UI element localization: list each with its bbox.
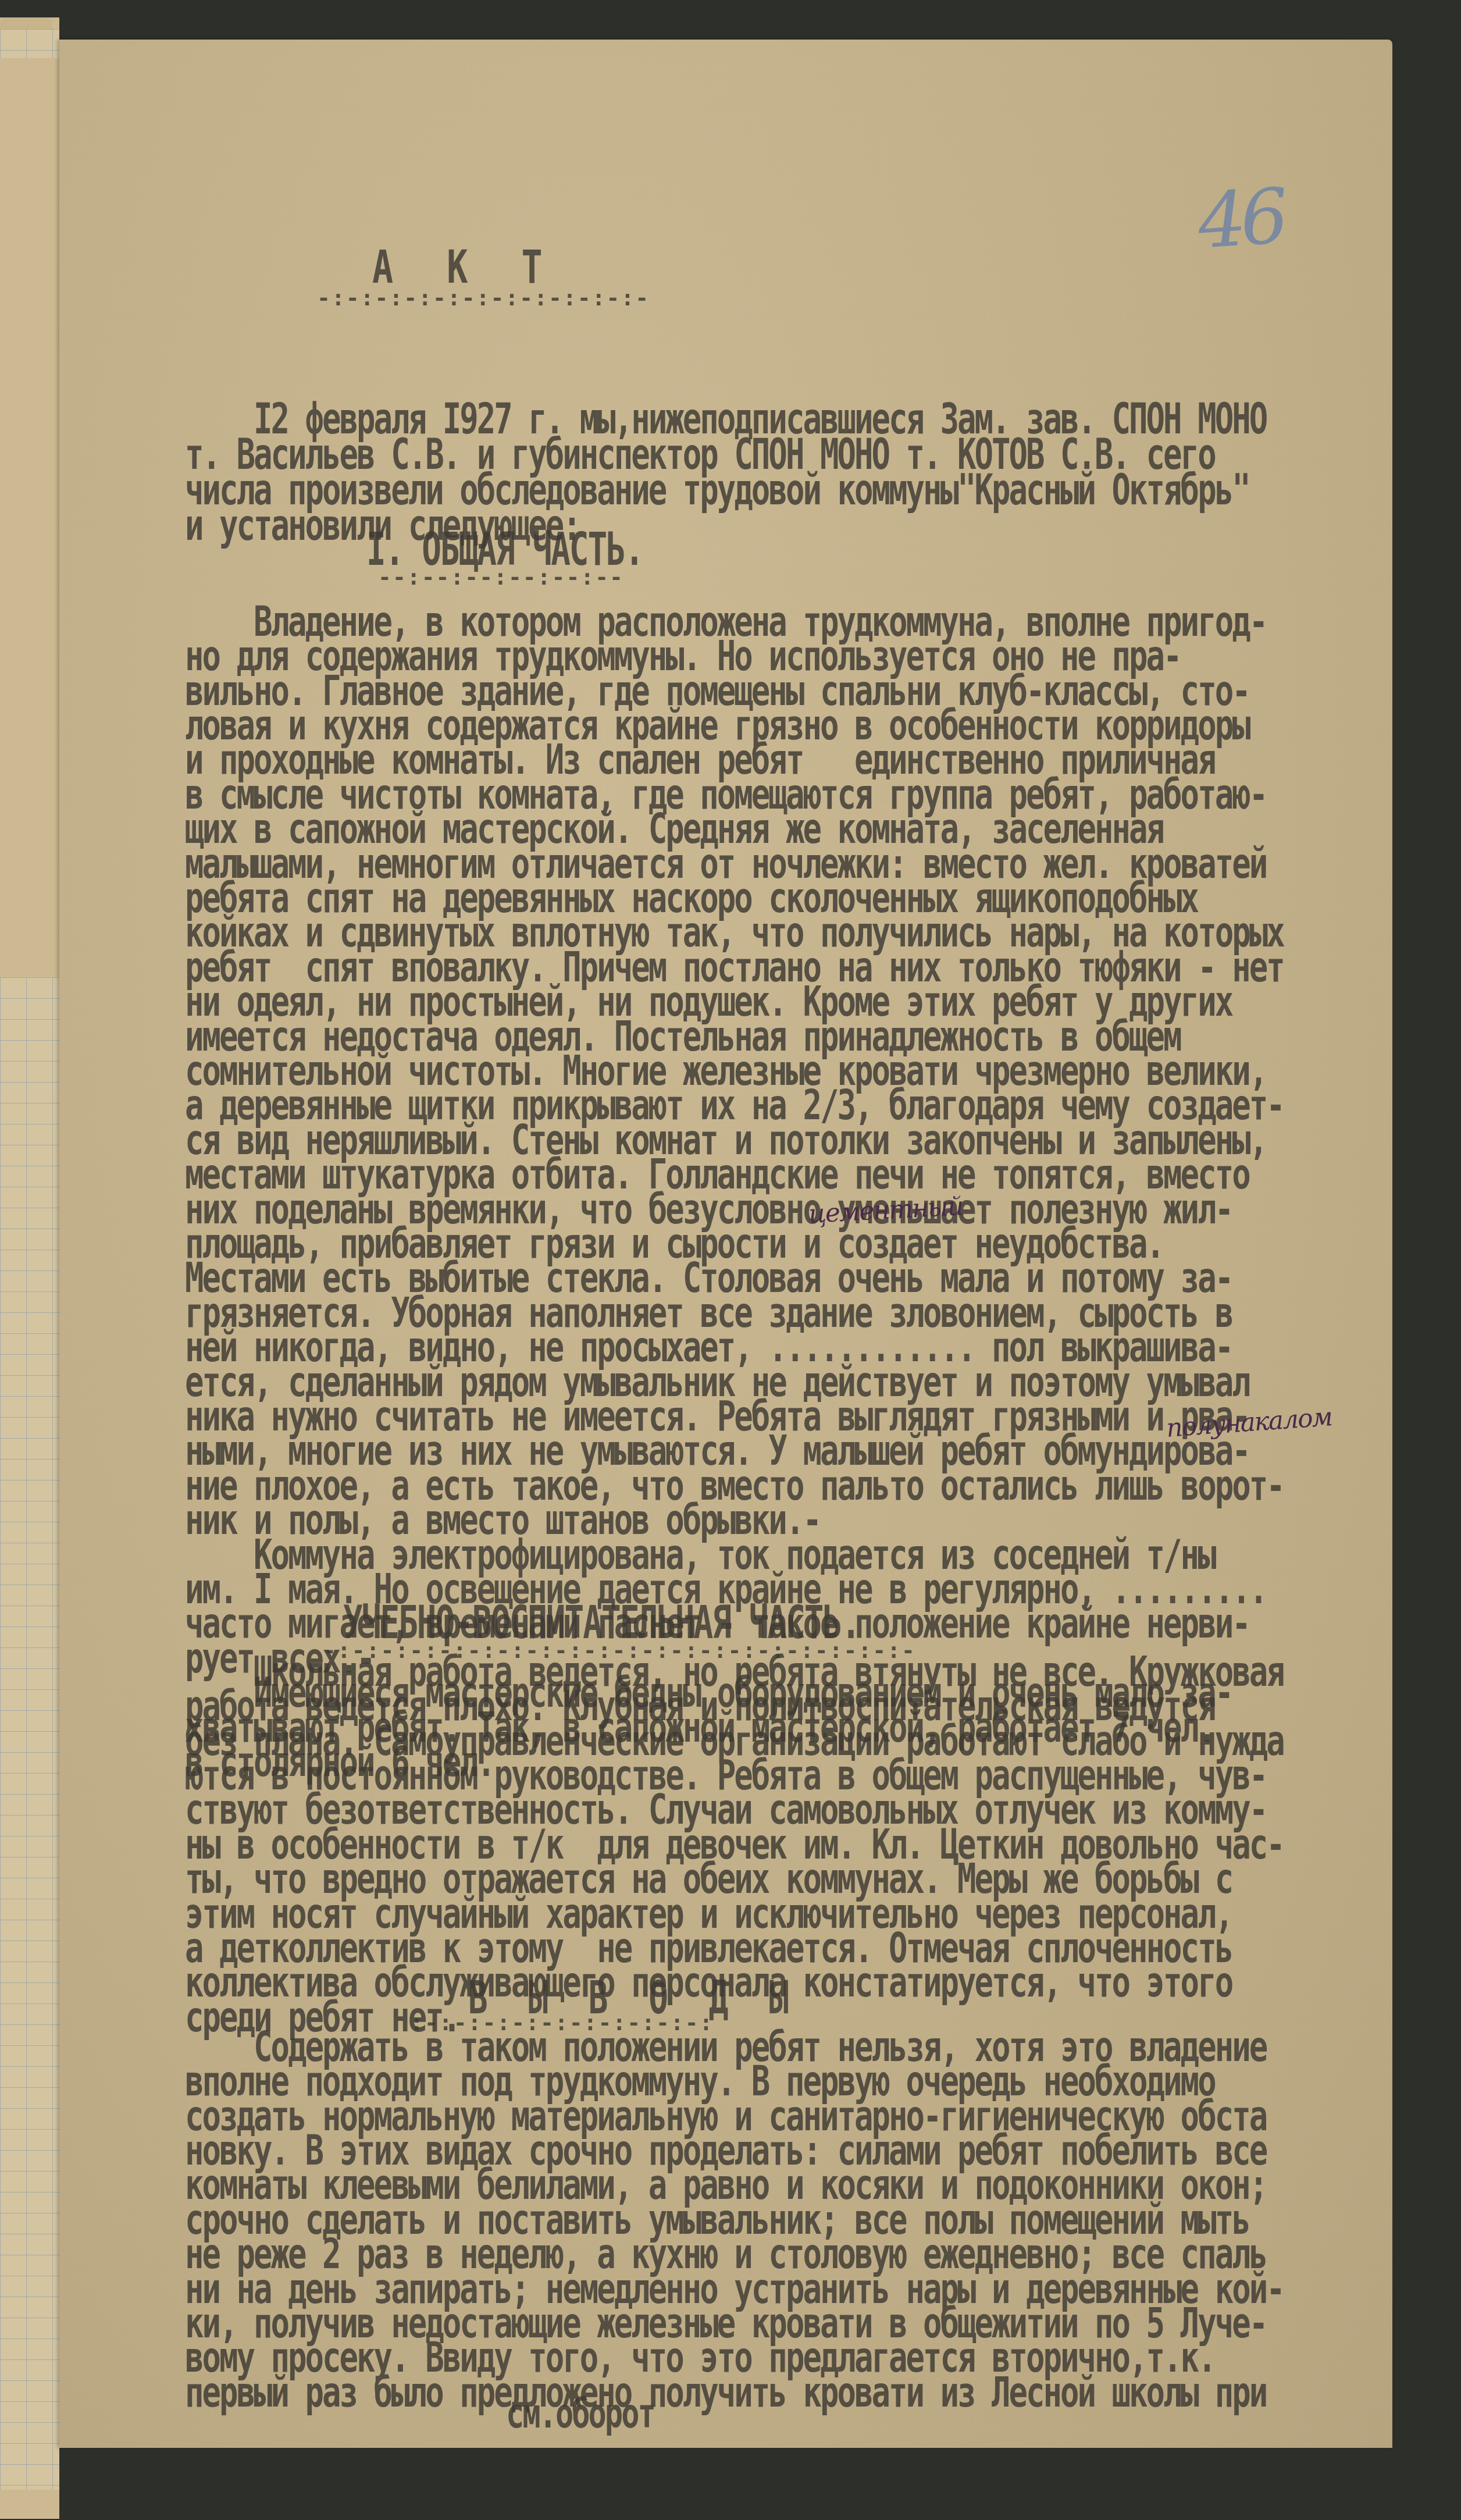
see-reverse-note: см.оборот xyxy=(506,2391,654,2438)
text-line: первый раз было предложено получить кров… xyxy=(185,2376,1395,2410)
title-underline: -:-:-:-:-:-:-:-:-:-:-:- xyxy=(317,285,650,311)
section-rule-general: --:--:--:--:--:-- xyxy=(378,564,624,590)
graph-paper-top xyxy=(0,29,59,58)
graph-paper-bottom xyxy=(0,977,59,2490)
adjacent-folded-page xyxy=(0,17,59,2519)
sheet-number: 46 xyxy=(1195,172,1286,266)
